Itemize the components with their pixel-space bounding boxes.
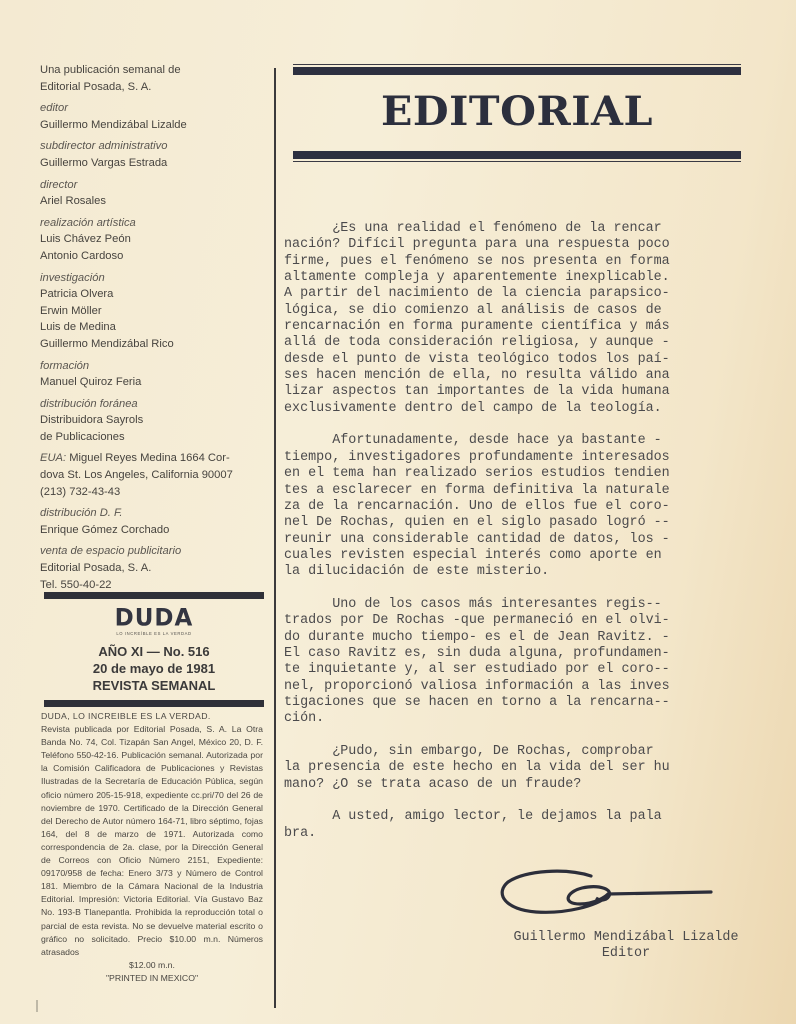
credit-layout: formación Manuel Quiroz Feria xyxy=(40,358,262,391)
credit-name: Luis de Medina xyxy=(40,319,262,336)
credit-name: Distribuidora Sayrols xyxy=(40,412,262,429)
signature-name: Guillermo Mendizábal Lizalde xyxy=(476,930,776,946)
credit-subdirector: subdirector administrativo Guillermo Var… xyxy=(40,138,262,171)
legal-title: DUDA, LO INCREIBLE ES LA VERDAD. xyxy=(41,710,263,723)
credit-role: distribución foránea xyxy=(40,396,262,413)
credit-research: investigación Patricia Olvera Erwin Möll… xyxy=(40,270,262,353)
divider-bar xyxy=(44,592,264,599)
credit-name: Manuel Quiroz Feria xyxy=(40,374,262,391)
legal-notice: DUDA, LO INCREIBLE ES LA VERDAD. Revista… xyxy=(41,710,263,985)
credit-name: Guillermo Mendizábal Lizalde xyxy=(40,117,262,134)
credit-name: Enrique Gómez Corchado xyxy=(40,522,262,539)
signature-icon xyxy=(496,866,726,922)
column-divider xyxy=(274,68,276,1008)
credit-role: venta de espacio publicitario xyxy=(40,543,262,560)
legal-body: Revista publicada por Editorial Posada, … xyxy=(41,723,263,959)
editorial-header: EDITORIAL xyxy=(293,64,741,162)
credit-role: director xyxy=(40,177,262,194)
credit-director: director Ariel Rosales xyxy=(40,177,262,210)
printed-in-notice: "PRINTED IN MEXICO" xyxy=(41,972,263,985)
issue-type: REVISTA SEMANAL xyxy=(44,677,264,694)
credit-name: Luis Chávez Peón xyxy=(40,231,262,248)
editorial-title: EDITORIAL xyxy=(286,75,747,151)
rule-line xyxy=(293,161,741,162)
credit-name: de Publicaciones xyxy=(40,429,262,446)
credit-name: Antonio Cardoso xyxy=(40,248,262,265)
credit-role: EUA: xyxy=(40,452,66,464)
credit-address: dova St. Los Angeles, California 90007 xyxy=(40,467,262,484)
credit-address: Miguel Reyes Medina 1664 Cor- xyxy=(69,452,229,464)
credit-name: Erwin Möller xyxy=(40,303,262,320)
intro-line: Editorial Posada, S. A. xyxy=(40,79,262,96)
magazine-tagline: Lo increíble es la verdad xyxy=(44,631,264,636)
editorial-paragraph: A usted, amigo lector, le dejamos la pal… xyxy=(284,809,764,842)
rule-band xyxy=(293,151,741,159)
editorial-paragraph: ¿Es una realidad el fenómeno de la renca… xyxy=(284,221,764,417)
magazine-logo: DUDA xyxy=(44,605,264,630)
rule-band xyxy=(293,67,741,75)
intro-line: Una publicación semanal de xyxy=(40,62,262,79)
credit-df-distribution: distribución D. F. Enrique Gómez Corchad… xyxy=(40,505,262,538)
credit-role: formación xyxy=(40,358,262,375)
credit-art: realización artística Luis Chávez Peón A… xyxy=(40,215,262,265)
credit-advertising: venta de espacio publicitario Editorial … xyxy=(40,543,262,593)
issue-box: DUDA Lo increíble es la verdad AÑO XI — … xyxy=(44,592,264,707)
issue-date: 20 de mayo de 1981 xyxy=(44,660,264,677)
credit-role: investigación xyxy=(40,270,262,287)
credit-phone: Tel. 550-40-22 xyxy=(40,577,262,594)
credit-phone: (213) 732-43-43 xyxy=(40,484,262,501)
credit-role: subdirector administrativo xyxy=(40,138,262,155)
signature-block: Guillermo Mendizábal Lizalde Editor xyxy=(476,866,776,962)
back-issue-price: $12.00 m.n. xyxy=(41,959,263,972)
credit-name: Patricia Olvera xyxy=(40,286,262,303)
credit-foreign-distribution: distribución foránea Distribuidora Sayro… xyxy=(40,396,262,446)
credit-role: editor xyxy=(40,100,262,117)
editorial-paragraph: Uno de los casos más interesantes regis-… xyxy=(284,597,764,728)
print-mark xyxy=(36,1000,38,1012)
credit-name: Guillermo Mendizábal Rico xyxy=(40,336,262,353)
rule-line xyxy=(293,64,741,65)
editorial-paragraph: Afortunadamente, desde hace ya bastante … xyxy=(284,433,764,580)
credit-name: Guillermo Vargas Estrada xyxy=(40,155,262,172)
magazine-page: Una publicación semanal de Editorial Pos… xyxy=(0,0,796,1024)
credit-editor: editor Guillermo Mendizábal Lizalde xyxy=(40,100,262,133)
credit-usa: EUA: Miguel Reyes Medina 1664 Cor- dova … xyxy=(40,450,262,500)
issue-number: AÑO XI — No. 516 xyxy=(44,643,264,660)
credit-name: Ariel Rosales xyxy=(40,193,262,210)
divider-bar xyxy=(44,700,264,707)
masthead-credits: Una publicación semanal de Editorial Pos… xyxy=(40,62,262,598)
credit-role: distribución D. F. xyxy=(40,505,262,522)
editorial-paragraph: ¿Pudo, sin embargo, De Rochas, comprobar… xyxy=(284,744,764,793)
publisher-intro: Una publicación semanal de Editorial Pos… xyxy=(40,62,262,95)
editorial-body: ¿Es una realidad el fenómeno de la renca… xyxy=(284,221,764,858)
credit-name: Editorial Posada, S. A. xyxy=(40,560,262,577)
signature-title: Editor xyxy=(476,946,776,962)
credit-role: realización artística xyxy=(40,215,262,232)
